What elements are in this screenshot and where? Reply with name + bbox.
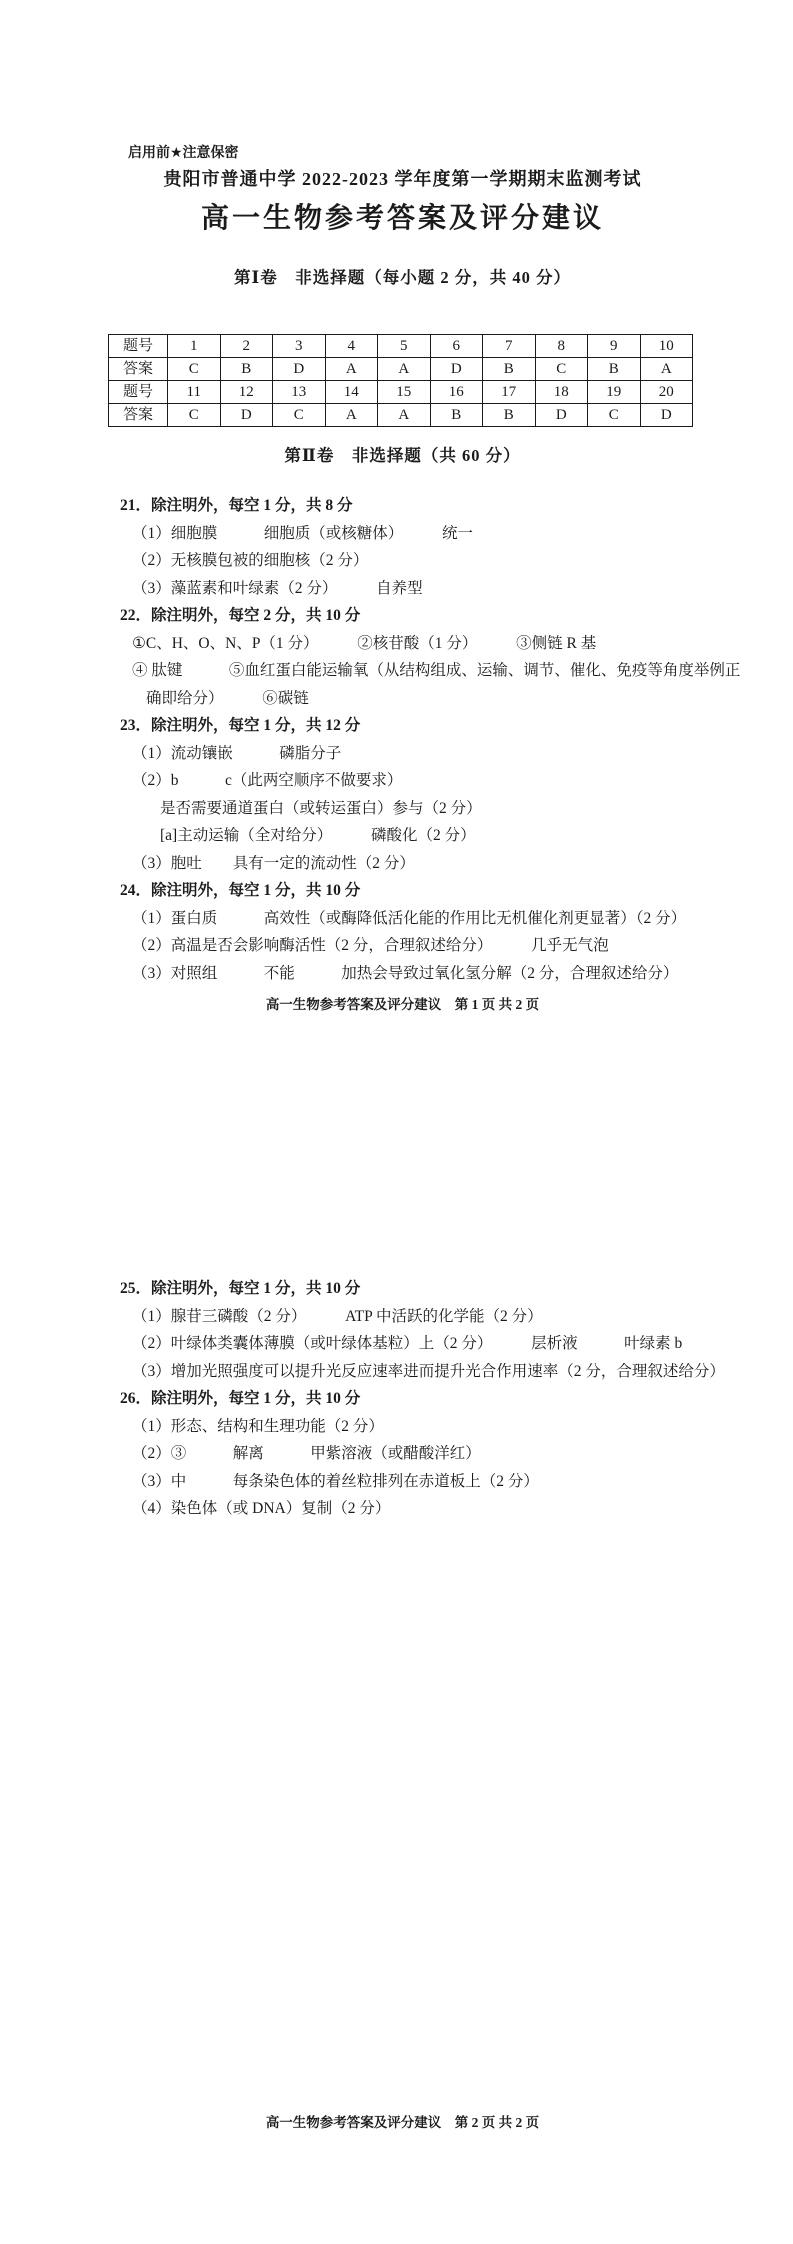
answer-line: （2）无核膜包被的细胞核（2 分）	[132, 547, 793, 575]
question-22-heading: 22．除注明外，每空 2 分，共 10 分	[120, 602, 793, 630]
answer-cell: A	[378, 404, 431, 427]
answer-line: （2）高温是否会影响酶活性（2 分，合理叙述给分） 几乎无气泡	[132, 932, 793, 960]
table-row: 答案 C D C A A B B D C D	[109, 404, 693, 427]
answer-line: （2）③ 解离 甲紫溶液（或醋酸洋红）	[132, 1440, 793, 1468]
answer-line: （1）细胞膜 细胞质（或核糖体） 统一	[132, 520, 793, 548]
answer-line-continuation: 确即给分） ⑥碳链	[146, 685, 793, 713]
answer-cell: D	[430, 358, 483, 381]
answer-cell: C	[168, 358, 221, 381]
page-2-footer: 高一生物参考答案及评分建议 第 2 页 共 2 页	[0, 2111, 793, 2135]
page-title: 高一生物参考答案及评分建议	[0, 200, 793, 237]
answer-line: （3）藻蓝素和叶绿素（2 分） 自养型	[132, 575, 793, 603]
answer-line: （2）b c（此两空顺序不做要求）	[132, 767, 793, 795]
answer-cell: B	[588, 358, 641, 381]
answer-cell: A	[640, 358, 693, 381]
answer-sub-line: 是否需要通道蛋白（或转运蛋白）参与（2 分）	[160, 795, 793, 823]
answer-line: （4）染色体（或 DNA）复制（2 分）	[132, 1495, 793, 1523]
answer-cell: C	[168, 404, 221, 427]
document-page: 启用前★注意保密 贵阳市普通中学 2022-2023 学年度第一学期期末监测考试…	[0, 0, 793, 2244]
question-number-cell: 9	[588, 335, 641, 358]
question-21-heading: 21．除注明外，每空 1 分，共 8 分	[120, 492, 793, 520]
question-number-cell: 17	[483, 381, 536, 404]
question-number-cell: 19	[588, 381, 641, 404]
answer-line: （1）流动镶嵌 磷脂分子	[132, 740, 793, 768]
table-row: 题号 1 2 3 4 5 6 7 8 9 10	[109, 335, 693, 358]
question-number-cell: 7	[483, 335, 536, 358]
question-number-cell: 3	[273, 335, 326, 358]
question-number-cell: 8	[535, 335, 588, 358]
row-label: 答案	[109, 404, 168, 427]
question-26: 26．除注明外，每空 1 分，共 10 分 （1）形态、结构和生理功能（2 分）…	[0, 1385, 793, 1523]
question-24: 24．除注明外，每空 1 分，共 10 分 （1）蛋白质 高效性（或酶降低活化能…	[0, 877, 793, 987]
question-26-heading: 26．除注明外，每空 1 分，共 10 分	[120, 1385, 793, 1413]
answer-cell: B	[483, 404, 536, 427]
answer-cell: C	[535, 358, 588, 381]
question-21: 21．除注明外，每空 1 分，共 8 分 （1）细胞膜 细胞质（或核糖体） 统一…	[0, 492, 793, 602]
question-number-cell: 20	[640, 381, 693, 404]
answer-table: 题号 1 2 3 4 5 6 7 8 9 10 答案 C B D A A D B	[108, 334, 693, 427]
question-number-cell: 16	[430, 381, 483, 404]
question-number-cell: 14	[325, 381, 378, 404]
question-number-cell: 1	[168, 335, 221, 358]
section-2-heading: 第Ⅱ卷 非选择题（共 60 分）	[0, 444, 793, 468]
answer-cell: C	[588, 404, 641, 427]
question-25: 25．除注明外，每空 1 分，共 10 分 （1）腺苷三磷酸（2 分） ATP …	[0, 1275, 793, 1385]
question-number-cell: 6	[430, 335, 483, 358]
answer-line: （3）胞吐 具有一定的流动性（2 分）	[132, 850, 793, 878]
answer-line: （1）形态、结构和生理功能（2 分）	[132, 1413, 793, 1441]
page-1-footer: 高一生物参考答案及评分建议 第 1 页 共 2 页	[0, 993, 793, 1017]
question-number-cell: 11	[168, 381, 221, 404]
answer-line: ①C、H、O、N、P（1 分） ②核苷酸（1 分） ③侧链 R 基	[132, 630, 793, 658]
page-2-content: 25．除注明外，每空 1 分，共 10 分 （1）腺苷三磷酸（2 分） ATP …	[0, 1275, 793, 2135]
question-23-heading: 23．除注明外，每空 1 分，共 12 分	[120, 712, 793, 740]
question-23: 23．除注明外，每空 1 分，共 12 分 （1）流动镶嵌 磷脂分子 （2）b …	[0, 712, 793, 877]
answer-line: （1）蛋白质 高效性（或酶降低活化能的作用比无机催化剂更显著）（2 分）	[132, 905, 793, 933]
question-number-cell: 13	[273, 381, 326, 404]
answer-cell: A	[378, 358, 431, 381]
question-22: 22．除注明外，每空 2 分，共 10 分 ①C、H、O、N、P（1 分） ②核…	[0, 602, 793, 712]
row-label: 答案	[109, 358, 168, 381]
table-row: 题号 11 12 13 14 15 16 17 18 19 20	[109, 381, 693, 404]
answer-cell: B	[483, 358, 536, 381]
question-number-cell: 12	[220, 381, 273, 404]
question-number-cell: 5	[378, 335, 431, 358]
answer-cell: B	[430, 404, 483, 427]
question-24-heading: 24．除注明外，每空 1 分，共 10 分	[120, 877, 793, 905]
answer-cell: D	[273, 358, 326, 381]
answer-line: （3）对照组 不能 加热会导致过氧化氢分解（2 分，合理叙述给分）	[132, 960, 793, 988]
answer-cell: D	[640, 404, 693, 427]
answer-cell: A	[325, 404, 378, 427]
answer-cell: C	[273, 404, 326, 427]
answer-line: （3）中 每条染色体的着丝粒排列在赤道板上（2 分）	[132, 1468, 793, 1496]
row-label: 题号	[109, 335, 168, 358]
answer-line: （1）腺苷三磷酸（2 分） ATP 中活跃的化学能（2 分）	[132, 1303, 793, 1331]
exam-title: 贵阳市普通中学 2022-2023 学年度第一学期期末监测考试	[0, 167, 793, 191]
answer-sub-line: [a]主动运输（全对给分） 磷酸化（2 分）	[160, 822, 793, 850]
table-row: 答案 C B D A A D B C B A	[109, 358, 693, 381]
answer-line: （2）叶绿体类囊体薄膜（或叶绿体基粒）上（2 分） 层析液 叶绿素 b	[132, 1330, 793, 1358]
row-label: 题号	[109, 381, 168, 404]
section-1-heading: 第Ⅰ卷 非选择题（每小题 2 分，共 40 分）	[0, 266, 793, 290]
question-number-cell: 15	[378, 381, 431, 404]
answer-cell: A	[325, 358, 378, 381]
answer-line: ④ 肽键 ⑤血红蛋白能运输氧（从结构组成、运输、调节、催化、免疫等角度举例正	[132, 657, 793, 685]
question-number-cell: 4	[325, 335, 378, 358]
question-25-heading: 25．除注明外，每空 1 分，共 10 分	[120, 1275, 793, 1303]
security-notice: 启用前★注意保密	[128, 143, 793, 161]
answer-line: （3）增加光照强度可以提升光反应速率进而提升光合作用速率（2 分，合理叙述给分）	[132, 1358, 793, 1386]
question-number-cell: 2	[220, 335, 273, 358]
question-number-cell: 18	[535, 381, 588, 404]
answer-key-body: 21．除注明外，每空 1 分，共 8 分 （1）细胞膜 细胞质（或核糖体） 统一…	[0, 492, 793, 987]
question-number-cell: 10	[640, 335, 693, 358]
answer-cell: B	[220, 358, 273, 381]
answer-cell: D	[535, 404, 588, 427]
answer-cell: D	[220, 404, 273, 427]
